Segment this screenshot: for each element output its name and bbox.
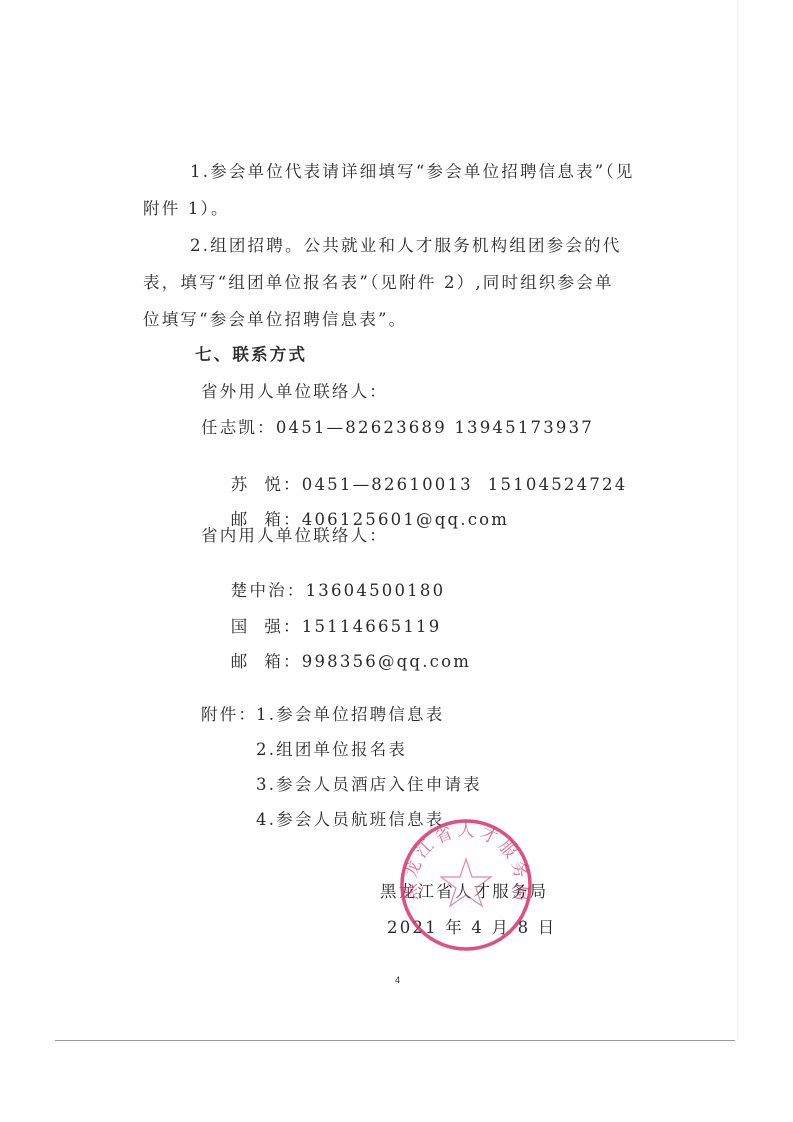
signature-organization: 黑龙江省人才服务局 [380, 882, 548, 902]
paragraph-1-line-2: 附件 1）。 [143, 199, 230, 219]
contact-name: 任志凯： [201, 418, 276, 437]
contact-row: 任志凯：0451—82623689 13945173937 [201, 418, 594, 438]
page-number: 4 [395, 975, 400, 985]
paragraph-2-line-1: 2.组团招聘。公共就业和人才服务机构组团参会的代 [190, 236, 622, 256]
footer-divider [55, 1040, 735, 1041]
paragraph-2-line-2: 表，填写“组团单位报名表”（见附件 2）,同时组织参会单 [143, 273, 614, 293]
paragraph-1-line-1: 1.参会单位代表请详细填写“参会单位招聘信息表”（见 [190, 162, 635, 182]
contact-phone: 0451—82623689 13945173937 [276, 418, 594, 437]
attachment-item: 1.参会单位招聘信息表 [256, 705, 444, 725]
signature-date: 2021 年 4 月 8 日 [387, 918, 557, 938]
outside-province-label: 省外用人单位联络人： [201, 382, 388, 402]
attachments-label: 附件： [201, 705, 257, 725]
contact-email: 998356@qq.com [302, 652, 471, 671]
scan-edge [737, 0, 738, 1040]
attachment-item: 2.组团单位报名表 [256, 740, 407, 760]
paragraph-2-line-3: 位填写“参会单位招聘信息表”。 [143, 310, 407, 330]
inside-province-label: 省内用人单位联络人： [201, 526, 388, 546]
attachment-item: 3.参会人员酒店入住申请表 [256, 775, 482, 795]
attachment-item: 4.参会人员航班信息表 [256, 810, 444, 830]
contact-row: 邮 箱：998356@qq.com [201, 632, 471, 692]
contact-name: 邮 箱： [231, 652, 302, 671]
section-heading-contact: 七、联系方式 [195, 345, 307, 365]
